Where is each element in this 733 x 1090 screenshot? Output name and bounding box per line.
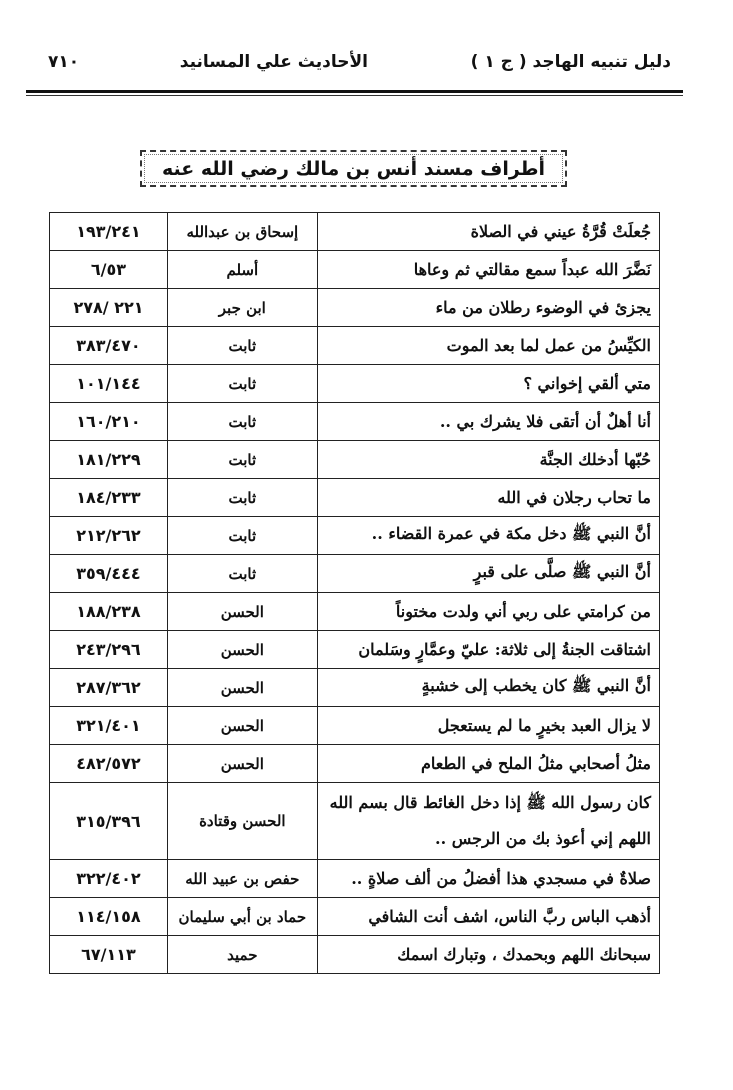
narrator-cell: إسحاق بن عبدالله [167,213,317,251]
table-row: جُعلَتْ قُرَّةُ عيني في الصلاةإسحاق بن ع… [50,213,660,251]
table-row: صلاةٌ في مسجدي هذا أفضلُ من ألف صلاةٍ ..… [50,860,660,898]
table-row: سبحانك اللهم وبحمدك ، وتبارك اسمكحميد٦٧/… [50,936,660,974]
table-row: نَضَّرَ الله عبداً سمع مقالتي ثم وعاهاأس… [50,251,660,289]
narrator-cell: الحسن [167,593,317,631]
hadith-text-cell: أنَّ النبي ﷺ صلَّى على قبرٍ [317,555,659,593]
reference-cell: ١٦٠/٢١٠ [50,403,168,441]
narrator-cell: الحسن [167,745,317,783]
table-row: مثلُ أصحابي مثلُ الملح في الطعامالحسن٤٨٢… [50,745,660,783]
hadith-text-cell: جُعلَتْ قُرَّةُ عيني في الصلاة [317,213,659,251]
narrator-cell: أسلم [167,251,317,289]
reference-cell: ٢٨٧/٣٦٢ [50,669,168,707]
reference-cell: ٤٨٢/٥٧٢ [50,745,168,783]
reference-cell: ١٩٣/٢٤١ [50,213,168,251]
hadith-text-cell: حُبّها أدخلك الجنَّة [317,441,659,479]
reference-cell: ٢٤٣/٢٩٦ [50,631,168,669]
reference-cell: ٣٢٢/٤٠٢ [50,860,168,898]
book-title: دليل تنبيه الهاجد ( ج ١ ) [471,52,671,72]
narrator-cell: ثابت [167,479,317,517]
table-row: أنَّ النبي ﷺ كان يخطب إلى خشبةٍالحسن٢٨٧/… [50,669,660,707]
reference-cell: ١٨١/٢٢٩ [50,441,168,479]
hadith-text-cell: كان رسول الله ﷺ إذا دخل الغائط قال بسم ا… [317,783,659,860]
hadith-text-cell: متي ألقي إخواني ؟ [317,365,659,403]
reference-cell: ٣٥٩/٤٤٤ [50,555,168,593]
narrator-cell: ثابت [167,517,317,555]
reference-cell: ٣٢١/٤٠١ [50,707,168,745]
table-row: من كرامتي على ربي أني ولدت مختوناًالحسن١… [50,593,660,631]
reference-cell: ١١٤/١٥٨ [50,898,168,936]
narrator-cell: ثابت [167,327,317,365]
reference-cell: ٣٨٣/٤٧٠ [50,327,168,365]
table-row: لا يزال العبد بخيرٍ ما لم يستعجلالحسن٣٢١… [50,707,660,745]
hadith-text-cell: ما تحاب رجلان في الله [317,479,659,517]
narrator-cell: حميد [167,936,317,974]
narrator-cell: الحسن وقتادة [167,783,317,860]
page-number: ٧١٠ [48,52,79,72]
reference-cell: ٣١٥/٣٩٦ [50,783,168,860]
table-row: ما تحاب رجلان في اللهثابت١٨٤/٢٣٣ [50,479,660,517]
table-row: أنَّ النبي ﷺ دخل مكة في عمرة القضاء ..ثا… [50,517,660,555]
reference-cell: ١٠١/١٤٤ [50,365,168,403]
hadith-text-cell: أنَّ النبي ﷺ دخل مكة في عمرة القضاء .. [317,517,659,555]
hadith-text-cell: سبحانك اللهم وبحمدك ، وتبارك اسمك [317,936,659,974]
hadith-text-cell: يجزئ في الوضوء رطلان من ماء [317,289,659,327]
reference-cell: ٢١٢/٢٦٢ [50,517,168,555]
narrator-cell: ثابت [167,555,317,593]
reference-cell: ١٨٤/٢٣٣ [50,479,168,517]
hadith-index-table: جُعلَتْ قُرَّةُ عيني في الصلاةإسحاق بن ع… [49,212,660,974]
table-row: أذهب الباس ربَّ الناس، اشف أنت الشافيحما… [50,898,660,936]
hadith-text-cell: اشتاقت الجنةُ إلى ثلاثة: عليّ وعمَّارٍ و… [317,631,659,669]
table-row: اشتاقت الجنةُ إلى ثلاثة: عليّ وعمَّارٍ و… [50,631,660,669]
reference-cell: ٦/٥٣ [50,251,168,289]
hadith-text-cell: نَضَّرَ الله عبداً سمع مقالتي ثم وعاها [317,251,659,289]
hadith-text-cell: صلاةٌ في مسجدي هذا أفضلُ من ألف صلاةٍ .. [317,860,659,898]
reference-cell: ١٨٨/٢٣٨ [50,593,168,631]
narrator-cell: ابن جبر [167,289,317,327]
reference-cell: ٢٢١ /٢٧٨ [50,289,168,327]
table-row: متي ألقي إخواني ؟ثابت١٠١/١٤٤ [50,365,660,403]
table-row: يجزئ في الوضوء رطلان من ماءابن جبر٢٢١ /٢… [50,289,660,327]
narrator-cell: ثابت [167,441,317,479]
hadith-text-cell: أنَّ النبي ﷺ كان يخطب إلى خشبةٍ [317,669,659,707]
table-row: أنَّ النبي ﷺ صلَّى على قبرٍثابت٣٥٩/٤٤٤ [50,555,660,593]
running-header: دليل تنبيه الهاجد ( ج ١ ) الأحاديث علي ا… [26,52,683,82]
narrator-cell: الحسن [167,707,317,745]
hadith-text-cell: أنا أهلٌ أن أتقى فلا يشرك بي .. [317,403,659,441]
narrator-cell: حفص بن عبيد الله [167,860,317,898]
narrator-cell: الحسن [167,631,317,669]
narrator-cell: حماد بن أبي سليمان [167,898,317,936]
reference-cell: ٦٧/١١٣ [50,936,168,974]
hadith-text-cell: من كرامتي على ربي أني ولدت مختوناً [317,593,659,631]
header-rule [26,90,683,96]
hadith-text-cell: لا يزال العبد بخيرٍ ما لم يستعجل [317,707,659,745]
hadith-text-cell: الكيِّسُ من عمل لما بعد الموت [317,327,659,365]
musnad-title: أطراف مسند أنس بن مالك رضي الله عنه [162,158,545,180]
table-row: كان رسول الله ﷺ إذا دخل الغائط قال بسم ا… [50,783,660,860]
table-body: جُعلَتْ قُرَّةُ عيني في الصلاةإسحاق بن ع… [50,213,660,974]
narrator-cell: الحسن [167,669,317,707]
section-title-box: أطراف مسند أنس بن مالك رضي الله عنه [140,150,567,187]
table-row: أنا أهلٌ أن أتقى فلا يشرك بي ..ثابت١٦٠/٢… [50,403,660,441]
narrator-cell: ثابت [167,403,317,441]
section-title: الأحاديث علي المسانيد [180,52,368,72]
hadith-text-cell: أذهب الباس ربَّ الناس، اشف أنت الشافي [317,898,659,936]
table-row: الكيِّسُ من عمل لما بعد الموتثابت٣٨٣/٤٧٠ [50,327,660,365]
narrator-cell: ثابت [167,365,317,403]
table-row: حُبّها أدخلك الجنَّةثابت١٨١/٢٢٩ [50,441,660,479]
hadith-text-cell: مثلُ أصحابي مثلُ الملح في الطعام [317,745,659,783]
